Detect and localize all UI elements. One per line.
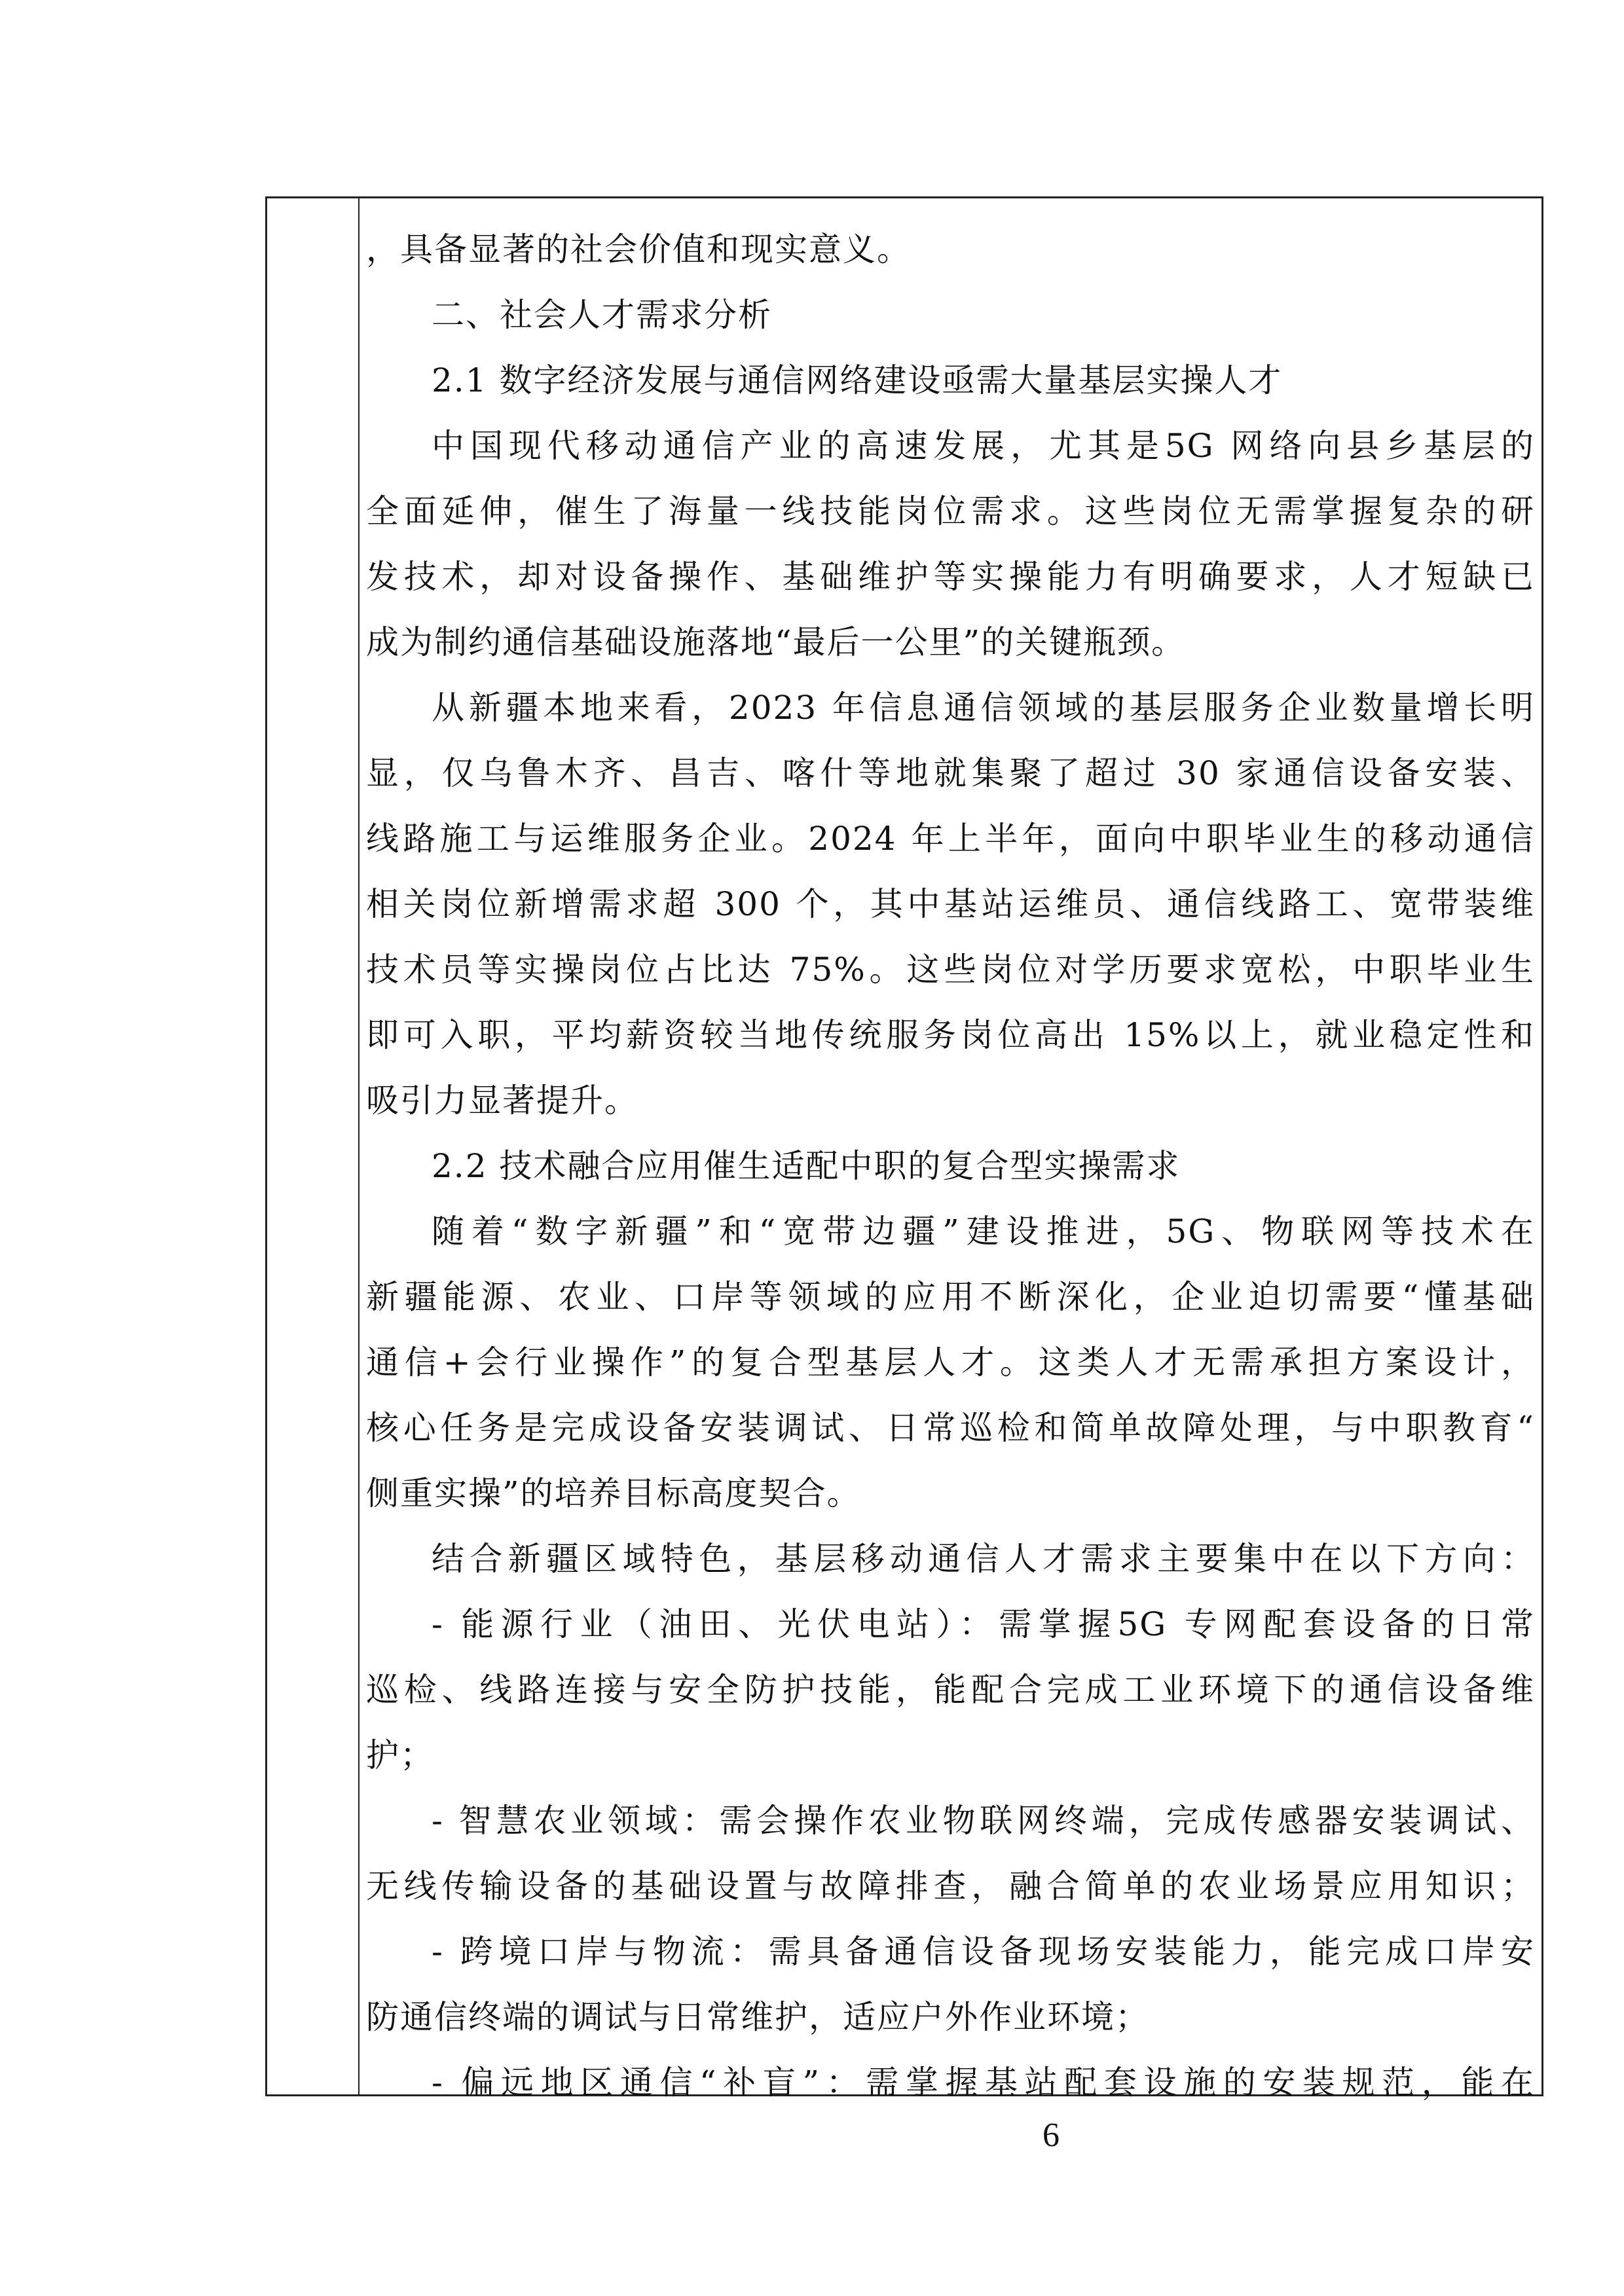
subsection-heading: 2.2 技术融合应用催生适配中职的复合型实操需求: [366, 1133, 1535, 1199]
text-line: ，具备显著的社会价值和现实意义。: [366, 217, 1535, 282]
text-line: 全面延伸，催生了海量一线技能岗位需求。这些岗位无需掌握复杂的研: [366, 479, 1535, 544]
table-left-column-cell: [267, 198, 360, 2094]
text-line: 侧重实操”的培养目标高度契合。: [366, 1461, 1535, 1526]
text-line: 线路施工与运维服务企业。2024 年上半年，面向中职毕业生的移动通信: [366, 806, 1535, 871]
section-heading: 二、社会人才需求分析: [366, 282, 1535, 348]
text-line: 巡检、线路连接与安全防护技能，能配合完成工业环境下的通信设备维: [366, 1657, 1535, 1722]
text-line: 显，仅乌鲁木齐、昌吉、喀什等地就集聚了超过 30 家通信设备安装、: [366, 740, 1535, 806]
text-line: 从新疆本地来看，2023 年信息通信领域的基层服务企业数量增长明: [366, 675, 1535, 740]
list-item: - 偏远地区通信“补盲”：需掌握基站配套设施的安装规范，能在: [366, 2050, 1535, 2115]
text-line: 通信+会行业操作”的复合型基层人才。这类人才无需承担方案设计，: [366, 1330, 1535, 1395]
text-line: 随着“数字新疆”和“宽带边疆”建设推进，5G、物联网等技术在: [366, 1199, 1535, 1264]
text-line: 中国现代移动通信产业的高速发展，尤其是5G 网络向县乡基层的: [366, 413, 1535, 479]
table-content-cell: ，具备显著的社会价值和现实意义。 二、社会人才需求分析 2.1 数字经济发展与通…: [361, 198, 1541, 2094]
page-number: 6: [1035, 2116, 1067, 2155]
text-line: 核心任务是完成设备安装调试、日常巡检和简单故障处理，与中职教育“: [366, 1395, 1535, 1461]
text-line: 结合新疆区域特色，基层移动通信人才需求主要集中在以下方向：: [366, 1526, 1535, 1592]
document-table: ，具备显著的社会价值和现实意义。 二、社会人才需求分析 2.1 数字经济发展与通…: [265, 196, 1543, 2096]
text-line: 成为制约通信基础设施落地“最后一公里”的关键瓶颈。: [366, 610, 1535, 675]
text-line: 吸引力显著提升。: [366, 1068, 1535, 1133]
text-line: 无线传输设备的基础设置与故障排查，融合简单的农业场景应用知识；: [366, 1853, 1535, 1919]
text-line: 护；: [366, 1722, 1535, 1788]
list-item: - 智慧农业领域：需会操作农业物联网终端，完成传感器安装调试、: [366, 1788, 1535, 1853]
text-line: 技术员等实操岗位占比达 75%。这些岗位对学历要求宽松，中职毕业生: [366, 937, 1535, 1002]
text-line: 新疆能源、农业、口岸等领域的应用不断深化，企业迫切需要“懂基础: [366, 1264, 1535, 1330]
text-line: 防通信终端的调试与日常维护，适应户外作业环境；: [366, 1984, 1535, 2050]
list-item: - 能源行业（油田、光伏电站）：需掌握5G 专网配套设备的日常: [366, 1592, 1535, 1657]
text-line: 即可入职，平均薪资较当地传统服务岗位高出 15%以上，就业稳定性和: [366, 1002, 1535, 1068]
text-line: 相关岗位新增需求超 300 个，其中基站运维员、通信线路工、宽带装维: [366, 871, 1535, 937]
text-line: 发技术，却对设备操作、基础维护等实操能力有明确要求，人才短缺已: [366, 544, 1535, 610]
list-item: - 跨境口岸与物流：需具备通信设备现场安装能力，能完成口岸安: [366, 1919, 1535, 1984]
subsection-heading: 2.1 数字经济发展与通信网络建设亟需大量基层实操人才: [366, 348, 1535, 413]
